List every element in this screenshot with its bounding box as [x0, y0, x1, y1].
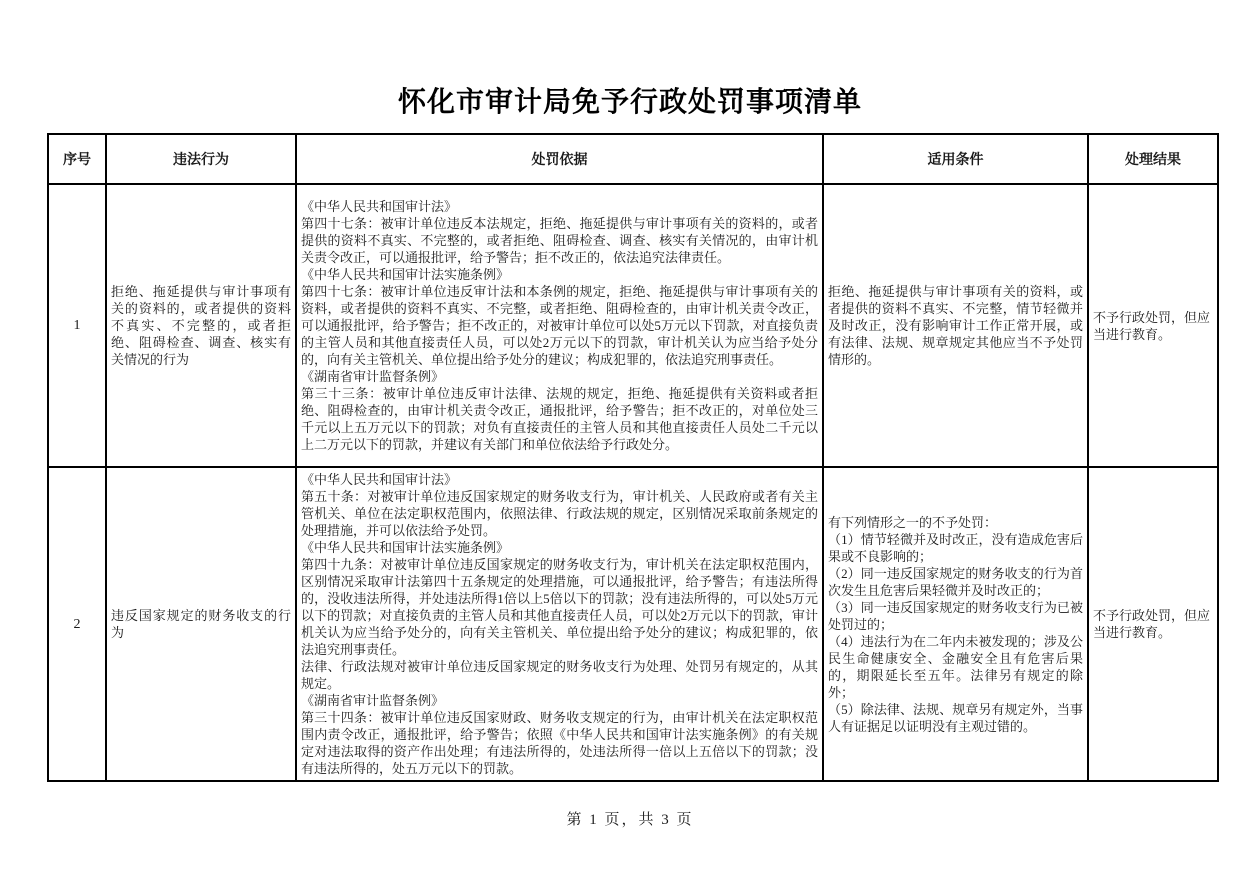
page-title: 怀化市审计局免予行政处罚事项清单: [0, 80, 1260, 120]
cell-result: 不予行政处罚，但应当进行教育。: [1088, 467, 1218, 781]
cell-behavior: 违反国家规定的财务收支的行为: [106, 467, 296, 781]
cell-conditions: 有下列情形之一的不予处罚： （1）情节轻微并及时改正，没有造成危害后果或不良影响…: [823, 467, 1088, 781]
page-number-footer: 第 1 页，共 3 页: [0, 808, 1260, 829]
header-cell-conditions: 适用条件: [823, 134, 1088, 184]
cell-basis: 《中华人民共和国审计法》 第五十条：对被审计单位违反国家规定的财务收支行为，审计…: [296, 467, 823, 781]
cell-result: 不予行政处罚，但应当进行教育。: [1088, 184, 1218, 467]
cell-conditions: 拒绝、拖延提供与审计事项有关的资料，或者提供的资料不真实、不完整，情节轻微并及时…: [823, 184, 1088, 467]
table-header-row: 序号 违法行为 处罚依据 适用条件 处理结果: [48, 134, 1218, 184]
table-row: 2 违反国家规定的财务收支的行为 《中华人民共和国审计法》 第五十条：对被审计单…: [48, 467, 1218, 781]
cell-serial: 1: [48, 184, 106, 467]
table-row: 1 拒绝、拖延提供与审计事项有关的资料的，或者提供的资料不真实、不完整的，或者拒…: [48, 184, 1218, 467]
cell-behavior: 拒绝、拖延提供与审计事项有关的资料的，或者提供的资料不真实、不完整的，或者拒绝、…: [106, 184, 296, 467]
header-cell-result: 处理结果: [1088, 134, 1218, 184]
cell-serial: 2: [48, 467, 106, 781]
document-page: 怀化市审计局免予行政处罚事项清单 序号 违法行为 处罚依据 适用条件 处理结果 …: [0, 0, 1260, 872]
cell-basis: 《中华人民共和国审计法》 第四十七条：被审计单位违反本法规定，拒绝、拖延提供与审…: [296, 184, 823, 467]
header-cell-behavior: 违法行为: [106, 134, 296, 184]
penalty-table: 序号 违法行为 处罚依据 适用条件 处理结果 1 拒绝、拖延提供与审计事项有关的…: [47, 133, 1219, 782]
header-cell-serial: 序号: [48, 134, 106, 184]
header-cell-basis: 处罚依据: [296, 134, 823, 184]
